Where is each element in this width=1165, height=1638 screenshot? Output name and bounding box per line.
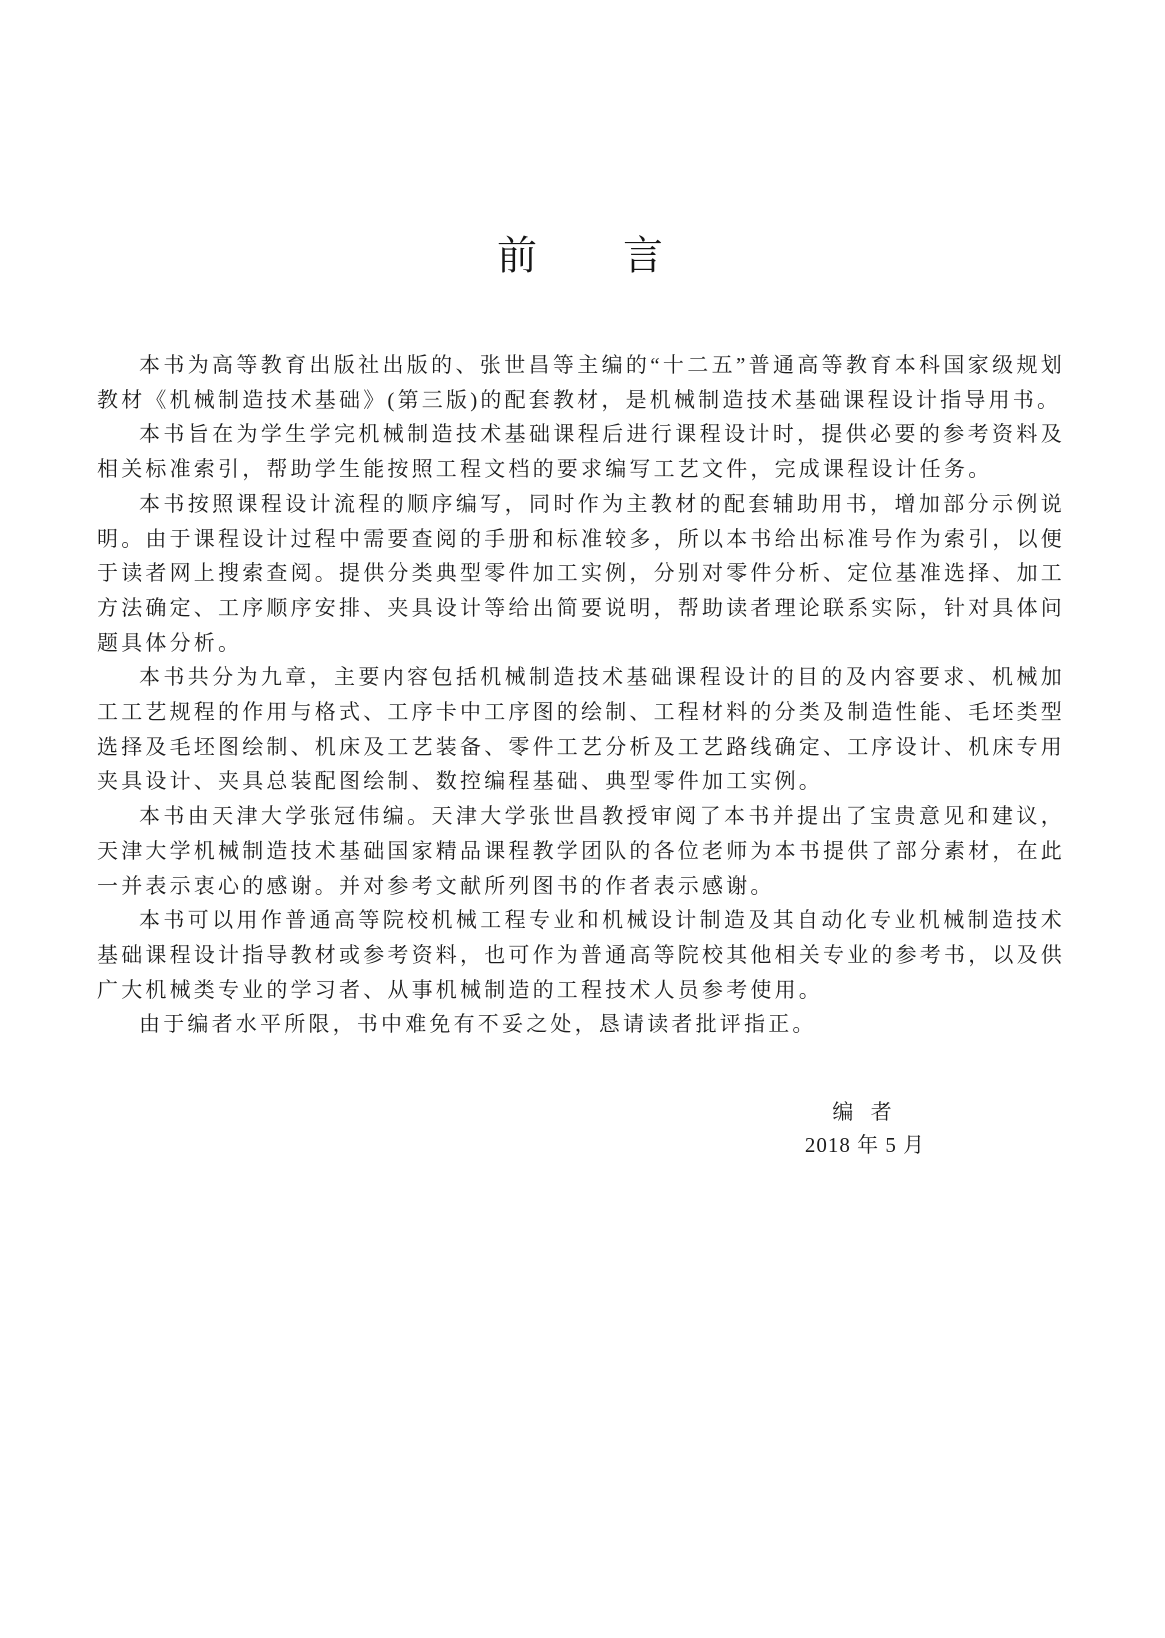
preface-paragraph-1: 本书为高等教育出版社出版的、张世昌等主编的“十二五”普通高等教育本科国家级规划教… [97, 348, 1065, 417]
signature-block: 编 者 2018 年 5 月 [760, 1096, 970, 1162]
preface-paragraph-2: 本书旨在为学生学完机械制造技术基础课程后进行课程设计时，提供必要的参考资料及相关… [97, 417, 1065, 486]
preface-paragraph-3: 本书按照课程设计流程的顺序编写，同时作为主教材的配套辅助用书，增加部分示例说明。… [97, 487, 1065, 661]
preface-paragraph-4: 本书共分为九章，主要内容包括机械制造技术基础课程设计的目的及内容要求、机械加工工… [97, 660, 1065, 799]
preface-paragraph-6: 本书可以用作普通高等院校机械工程专业和机械设计制造及其自动化专业机械制造技术基础… [97, 903, 1065, 1007]
preface-paragraph-7: 由于编者水平所限，书中难免有不妥之处，恳请读者批评指正。 [97, 1007, 1065, 1042]
preface-body: 本书为高等教育出版社出版的、张世昌等主编的“十二五”普通高等教育本科国家级规划教… [97, 348, 1065, 1042]
author-signature: 编 者 [760, 1096, 970, 1129]
page-title: 前 言 [97, 232, 1065, 280]
preface-page: 前 言 本书为高等教育出版社出版的、张世昌等主编的“十二五”普通高等教育本科国家… [0, 0, 1165, 1638]
signature-date: 2018 年 5 月 [760, 1129, 970, 1162]
preface-paragraph-5: 本书由天津大学张冠伟编。天津大学张世昌教授审阅了本书并提出了宝贵意见和建议，天津… [97, 799, 1065, 903]
